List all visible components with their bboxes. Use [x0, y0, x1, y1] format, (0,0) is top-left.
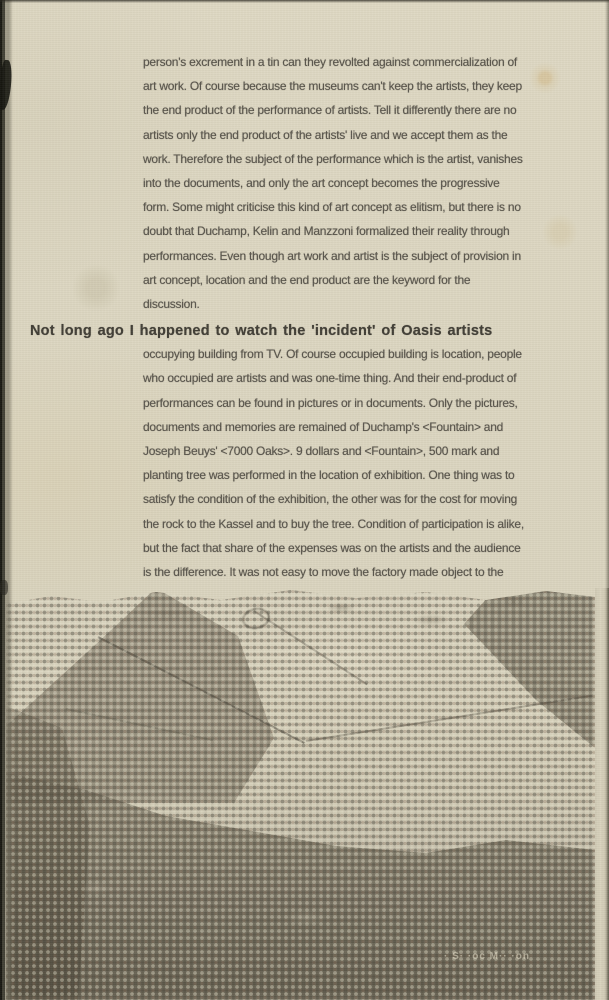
photo-caption-illegible: · S· ·oc M·· ·on: [444, 951, 594, 962]
paragraph-1: person's excrement in a tin can they rev…: [143, 50, 591, 316]
page-text-block: person's excrement in a tin can they rev…: [143, 50, 591, 584]
scan-top-edge: [0, 0, 609, 3]
paragraph-2: occupying building from TV. Of course oc…: [143, 342, 591, 584]
photo-tonal-scatter: [6, 588, 595, 1000]
spine-ink-mark: [0, 580, 8, 595]
book-spine-edge: [0, 0, 13, 1000]
scanned-book-page: person's excrement in a tin can they rev…: [0, 0, 609, 1000]
scan-right-edge: [605, 0, 609, 1000]
halftone-photo: · S· ·oc M·· ·on: [6, 588, 595, 1000]
section-heading: Not long ago I happened to watch the 'in…: [30, 323, 591, 339]
